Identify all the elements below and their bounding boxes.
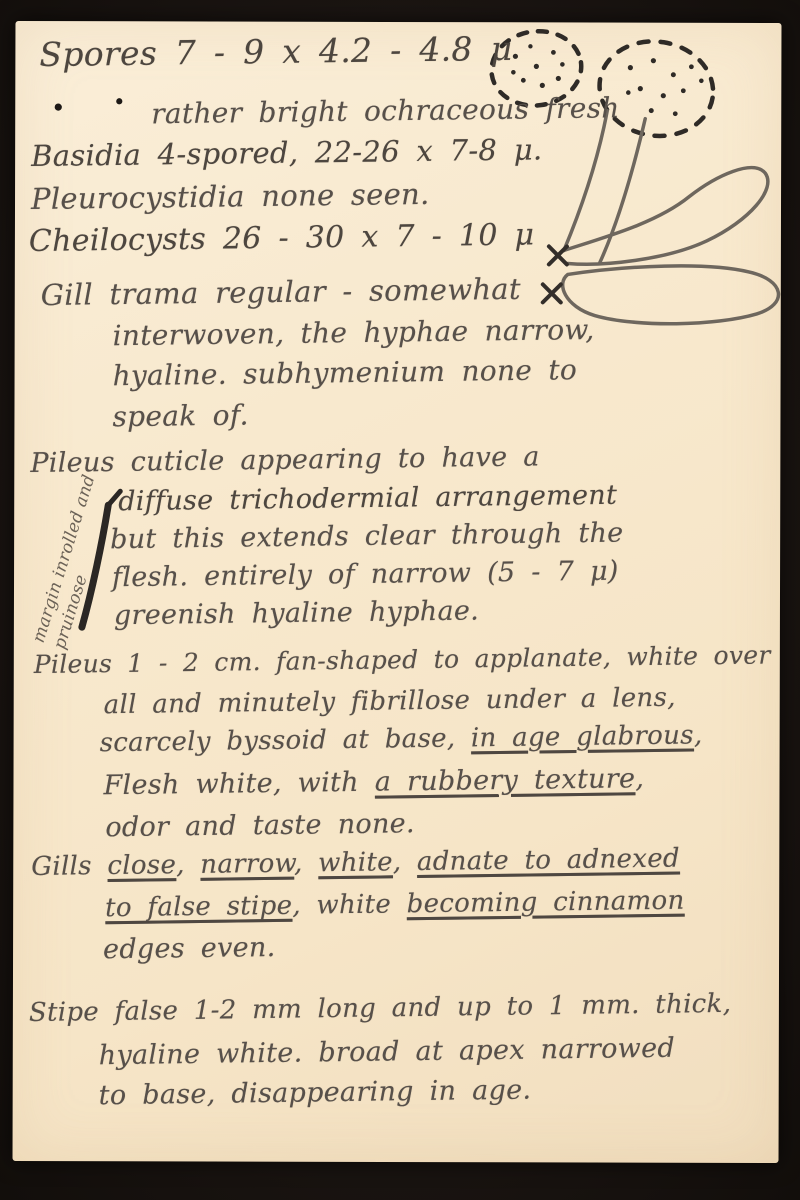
- handwritten-line: to base, disappearing in age.: [98, 1075, 531, 1112]
- handwritten-line: to false stipe, white becoming cinnamon: [105, 886, 685, 924]
- margin-note: margin inrolled and pruinose: [28, 467, 123, 652]
- handwritten-line: Pileus 1 - 2 cm. fan-shaped to applanate…: [34, 640, 771, 679]
- handwritten-line: Gill trama regular - somewhat: [41, 272, 522, 312]
- underlined-segment: close: [107, 850, 176, 881]
- handwritten-line: Basidia 4-spored, 22-26 x 7-8 μ.: [31, 132, 543, 173]
- underlined-segment: white: [318, 847, 393, 878]
- handwritten-line: edges even.: [103, 932, 276, 965]
- handwritten-line: all and minutely fibrillose under a lens…: [104, 683, 676, 720]
- handwritten-line: hyaline. subhymenium none to: [112, 353, 577, 392]
- line-segment: scarcely byssoid at base,: [99, 723, 471, 758]
- handwritten-line: diffuse trichodermial arrangement: [118, 480, 617, 518]
- underlined-segment: to false stipe: [105, 891, 293, 923]
- handwritten-line: scarcely byssoid at base, in age glabrou…: [99, 720, 702, 758]
- underlined-segment: in age glabrous: [471, 720, 694, 753]
- line-segment: ,: [176, 850, 201, 880]
- cystidia-sketch: [543, 110, 779, 324]
- handwritten-line: Pleurocystidia none seen.: [31, 177, 430, 216]
- handwritten-line: greenish hyaline hyphae.: [114, 595, 480, 631]
- photo-background: { "scene": { "description": "Scanned han…: [0, 0, 800, 1200]
- line-segment: Flesh white, with: [103, 767, 375, 802]
- line-segment: ,: [393, 847, 418, 877]
- handwritten-line: Gills close, narrow, white, adnate to ad…: [31, 844, 680, 882]
- spore-sketch-2: [593, 33, 721, 144]
- underlined-segment: adnate to adnexed: [417, 844, 680, 877]
- line-segment: Gills: [31, 851, 108, 882]
- handwritten-line: Flesh white, with a rubbery texture,: [103, 763, 644, 801]
- handwritten-line: Pileus cuticle appearing to have a: [30, 441, 540, 479]
- line-segment: ,: [694, 720, 703, 750]
- handwritten-line: but this extends clear through the: [110, 518, 624, 556]
- underlined-segment: a rubbery texture: [375, 763, 636, 797]
- handwritten-line: interwoven, the hyphae narrow,: [112, 313, 594, 352]
- handwritten-line: odor and taste none.: [105, 808, 415, 843]
- handwritten-line: Spores 7 - 9 x 4.2 - 4.8 μ: [39, 29, 512, 74]
- handwritten-line: flesh. entirely of narrow (5 - 7 μ): [112, 556, 619, 594]
- handwritten-line: Cheilocysts 26 - 30 x 7 - 10 μ: [29, 217, 535, 259]
- underlined-segment: narrow: [200, 849, 294, 880]
- handwritten-line: Stipe false 1-2 mm long and up to 1 mm. …: [29, 989, 732, 1028]
- handwritten-line: hyaline white. broad at apex narrowed: [99, 1033, 676, 1072]
- line-segment: , white: [292, 889, 407, 920]
- handwritten-line: rather bright ochraceous fresh: [151, 91, 620, 130]
- line-segment: ,: [635, 763, 644, 794]
- note-card: Spores 7 - 9 x 4.2 - 4.8 μ rather bright…: [13, 21, 782, 1163]
- line-segment: ,: [294, 848, 319, 878]
- ink-speck: [55, 98, 123, 111]
- underlined-segment: becoming cinnamon: [406, 886, 684, 920]
- handwritten-line: speak of.: [112, 398, 249, 433]
